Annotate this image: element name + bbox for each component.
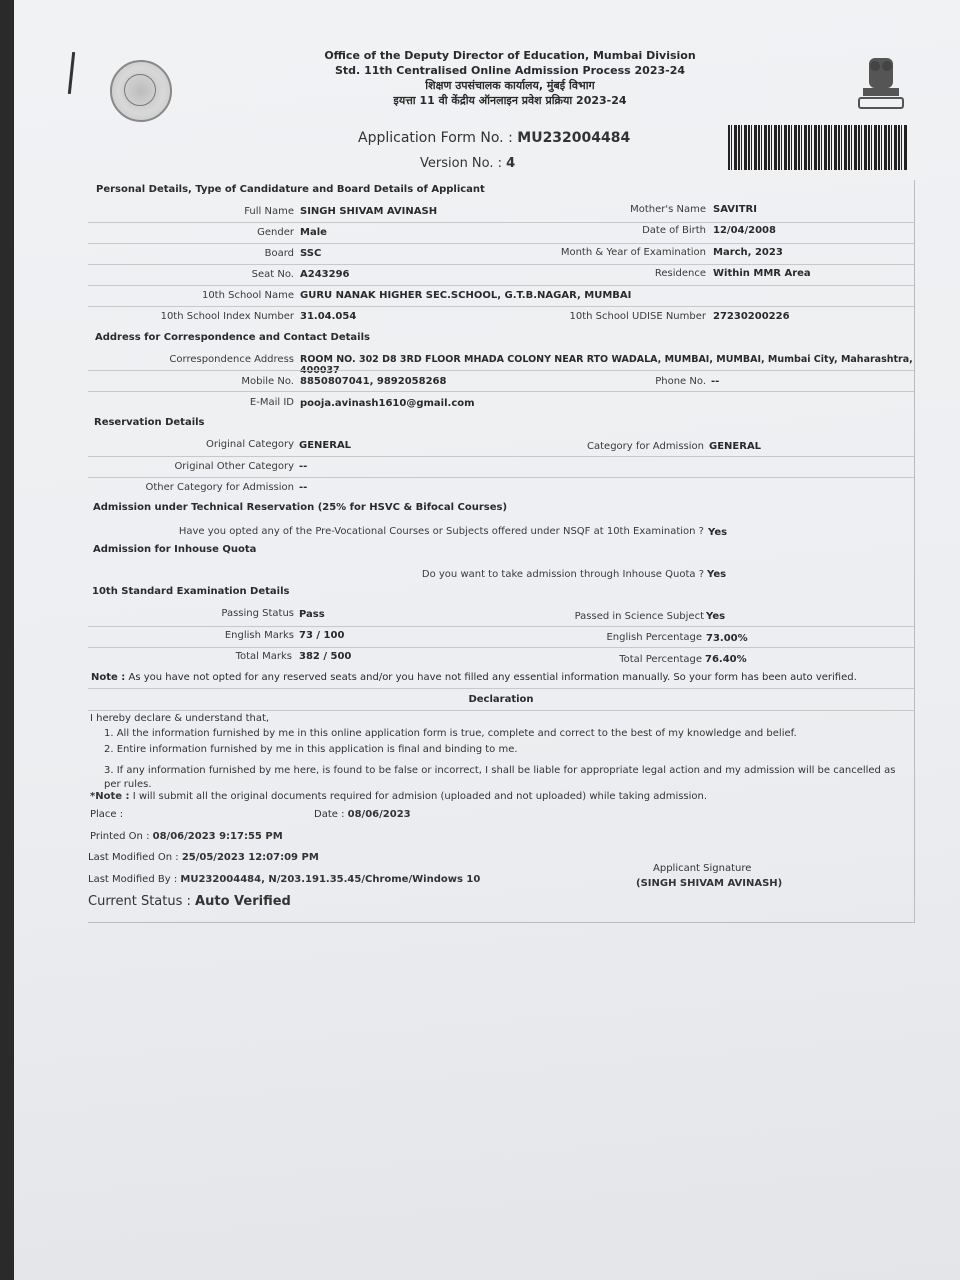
declaration-note: *Note : I will submit all the original d… (90, 790, 707, 804)
label-mobile: Mobile No. (241, 376, 294, 387)
value-total-pct: 76.40% (705, 654, 747, 665)
declaration-item-3: 3. If any information furnished by me he… (104, 764, 909, 792)
value-adm-category: GENERAL (709, 441, 761, 452)
label-total-marks: Total Marks (236, 651, 292, 662)
value-english-marks: 73 / 100 (299, 630, 344, 641)
declaration-item-2: 2. Entire information furnished by me in… (104, 743, 909, 757)
label-orig-category: Original Category (206, 439, 294, 450)
value-udise: 27230200226 (713, 311, 790, 322)
label-index: 10th School Index Number (161, 311, 294, 322)
value-total-marks: 382 / 500 (299, 651, 351, 662)
value-email: pooja.avinash1610@gmail.com (300, 398, 475, 409)
label-inhouse-question: Do you want to take admission through In… (422, 569, 704, 580)
section-personal: Personal Details, Type of Candidature an… (96, 184, 485, 195)
national-emblem-icon (855, 52, 907, 114)
maharashtra-seal-icon (110, 60, 172, 122)
value-address: ROOM NO. 302 D8 3RD FLOOR MHADA COLONY N… (300, 354, 914, 376)
label-udise: 10th School UDISE Number (569, 311, 706, 322)
value-index: 31.04.054 (300, 311, 356, 322)
application-form: Personal Details, Type of Candidature an… (88, 180, 915, 923)
document-header: Office of the Deputy Director of Educati… (320, 48, 700, 108)
value-technical-answer: Yes (708, 527, 727, 538)
label-address: Correspondence Address (169, 354, 294, 365)
section-technical: Admission under Technical Reservation (2… (93, 502, 507, 513)
label-exam-month: Month & Year of Examination (561, 247, 706, 258)
declaration-date: Date : 08/06/2023 (314, 808, 411, 822)
label-mother: Mother's Name (630, 204, 706, 215)
signature-label: Applicant Signature (653, 862, 751, 876)
value-phone: -- (711, 376, 719, 387)
label-english-pct: English Percentage (606, 632, 702, 643)
label-gender: Gender (257, 227, 294, 238)
header-process-marathi: इयत्ता 11 वी केंद्रीय ऑनलाइन प्रवेश प्रक… (320, 93, 700, 108)
label-science: Passed in Science Subject (575, 611, 704, 622)
last-modified-by: Last Modified By : MU232004484, N/203.19… (88, 873, 480, 887)
header-office: Office of the Deputy Director of Educati… (320, 48, 700, 63)
label-email: E-Mail ID (250, 397, 294, 408)
barcode (728, 125, 908, 170)
label-residence: Residence (655, 268, 706, 279)
value-board: SSC (300, 248, 321, 259)
value-mother: SAVITRI (713, 204, 757, 215)
header-office-marathi: शिक्षण उपसंचालक कार्यालय, मुंबई विभाग (320, 78, 700, 93)
label-full-name: Full Name (244, 206, 294, 217)
declaration-title: Declaration (88, 694, 914, 705)
value-inhouse-answer: Yes (707, 569, 726, 580)
header-process: Std. 11th Centralised Online Admission P… (320, 63, 700, 78)
signature-name: (SINGH SHIVAM AVINASH) (636, 877, 782, 891)
label-total-pct: Total Percentage (619, 654, 702, 665)
label-english-marks: English Marks (225, 630, 294, 641)
declaration-item-1: 1. All the information furnished by me i… (104, 727, 909, 741)
label-dob: Date of Birth (642, 225, 706, 236)
value-seat: A243296 (300, 269, 350, 280)
section-reservation: Reservation Details (94, 417, 205, 428)
value-residence: Within MMR Area (713, 268, 811, 279)
current-status: Current Status : Auto Verified (88, 894, 291, 909)
label-orig-other: Original Other Category (174, 461, 294, 472)
section-inhouse: Admission for Inhouse Quota (93, 544, 256, 555)
label-phone: Phone No. (655, 376, 706, 387)
place-label: Place : (90, 808, 123, 822)
declaration-intro: I hereby declare & understand that, (90, 712, 269, 726)
section-address: Address for Correspondence and Contact D… (95, 332, 370, 343)
application-number: Application Form No. : MU232004484 (358, 130, 630, 146)
value-science: Yes (706, 611, 725, 622)
value-mobile: 8850807041, 9892058268 (300, 376, 446, 387)
auto-verified-note: Note : As you have not opted for any res… (91, 672, 857, 683)
label-technical-question: Have you opted any of the Pre-Vocational… (179, 526, 704, 537)
label-school: 10th School Name (202, 290, 294, 301)
value-orig-other: -- (299, 461, 307, 472)
label-board: Board (265, 248, 294, 259)
value-full-name: SINGH SHIVAM AVINASH (300, 206, 437, 217)
section-exam: 10th Standard Examination Details (92, 586, 289, 597)
value-orig-category: GENERAL (299, 440, 351, 451)
value-english-pct: 73.00% (706, 633, 748, 644)
last-modified-on: Last Modified On : 25/05/2023 12:07:09 P… (88, 851, 319, 865)
value-passing: Pass (299, 609, 325, 620)
label-adm-category: Category for Admission (587, 441, 704, 452)
value-exam-month: March, 2023 (713, 247, 783, 258)
label-seat: Seat No. (252, 269, 294, 280)
value-gender: Male (300, 227, 327, 238)
value-school: GURU NANAK HIGHER SEC.SCHOOL, G.T.B.NAGA… (300, 290, 631, 301)
printed-on: Printed On : 08/06/2023 9:17:55 PM (90, 830, 283, 844)
page-left-edge (0, 0, 14, 1280)
value-other-adm: -- (299, 482, 307, 493)
value-dob: 12/04/2008 (713, 225, 776, 236)
version-number: Version No. : 4 (420, 156, 515, 171)
label-passing: Passing Status (221, 608, 294, 619)
label-other-adm: Other Category for Admission (145, 482, 294, 493)
